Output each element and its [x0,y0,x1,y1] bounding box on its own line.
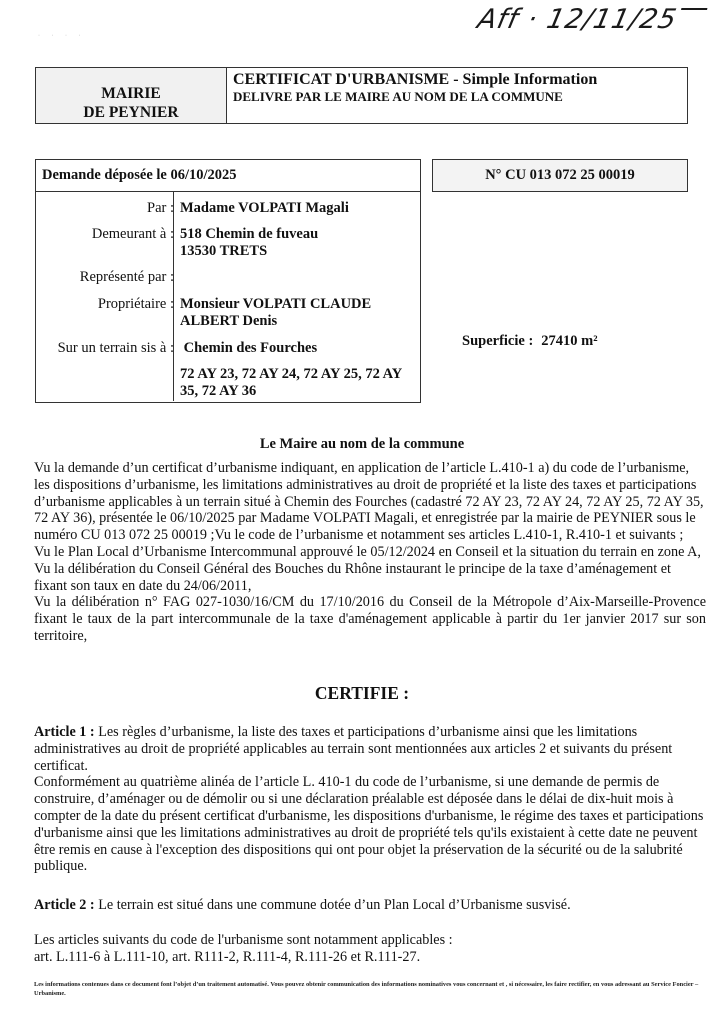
vu-paragraph: Vu la délibération du Conseil Général de… [34,561,706,595]
mairie-cell: MAIRIE DE PEYNIER [36,68,227,123]
title-cell: CERTIFICAT D'URBANISME - Simple Informat… [227,68,597,123]
vu-block: Vu la demande d’un certificat d’urbanism… [34,460,706,645]
article-2: Article 2 : Le terrain est situé dans un… [34,897,706,914]
field-label: Représenté par : [34,269,174,286]
superficie-label: Superficie : [462,333,533,349]
scan-specks: · · · · [38,33,86,39]
footer-notice: Les informations contenues dans ce docum… [34,981,714,998]
cu-number-box: N° CU 013 072 25 00019 [432,159,688,192]
demande-heading: Demande déposée le 06/10/2025 [36,160,420,192]
maire-heading: Le Maire au nom de la commune [0,436,724,453]
vu-paragraph: Vu la demande d’un certificat d’urbanism… [34,460,706,544]
field-value: 518 Chemin de fuveau13530 TRETS [180,226,416,260]
articles-list: art. L.111-6 à L.111-10, art. R111-2, R.… [34,949,706,966]
field-value: Monsieur VOLPATI CLAUDEALBERT Denis [180,296,416,330]
vu-paragraph: Vu la délibération n° FAG 027-1030/16/CM… [34,594,706,644]
field-label: Propriétaire : [34,296,174,313]
mairie-line1: MAIRIE [101,84,160,103]
article-2-text: Article 2 : Le terrain est situé dans un… [34,897,706,914]
field-label: Demeurant à : [34,226,174,243]
superficie: Superficie :27410 m² [462,333,598,350]
field-value: 72 AY 23, 72 AY 24, 72 AY 25, 72 AY35, 7… [180,366,416,400]
field-value: Chemin des Fourches [180,340,416,357]
superficie-value: 27410 m² [541,333,597,349]
handwritten-annotation: Aff · 12/11/25 [475,4,708,35]
article-2-label: Article 2 : [34,897,95,913]
certifie-heading: CERTIFIE : [0,683,724,704]
demande-fields: Par : Madame VOLPATI Magali Demeurant à … [36,192,420,401]
vu-paragraph: Vu le Plan Local d’Urbanisme Intercommun… [34,544,706,561]
article-1-text: Article 1 : Les règles d’urbanisme, la l… [34,724,706,774]
demande-box: Demande déposée le 06/10/2025 Par : Mada… [35,159,421,403]
document-subtitle: DELIVRE PAR LE MAIRE AU NOM DE LA COMMUN… [233,89,597,105]
field-value: Madame VOLPATI Magali [180,200,416,217]
article-1-label: Article 1 : [34,724,95,740]
document-title: CERTIFICAT D'URBANISME - Simple Informat… [233,71,597,89]
articles-intro: Les articles suivants du code de l'urban… [34,932,706,949]
articles-applicables: Les articles suivants du code de l'urban… [34,932,706,966]
article-1: Article 1 : Les règles d’urbanisme, la l… [34,724,706,875]
field-label: Par : [34,200,174,217]
mairie-line2: DE PEYNIER [83,103,178,122]
article-1-conformement: Conformément au quatrième alinéa de l’ar… [34,774,706,875]
field-label: Sur un terrain sis à : [34,340,174,357]
header-box: MAIRIE DE PEYNIER CERTIFICAT D'URBANISME… [35,67,688,124]
